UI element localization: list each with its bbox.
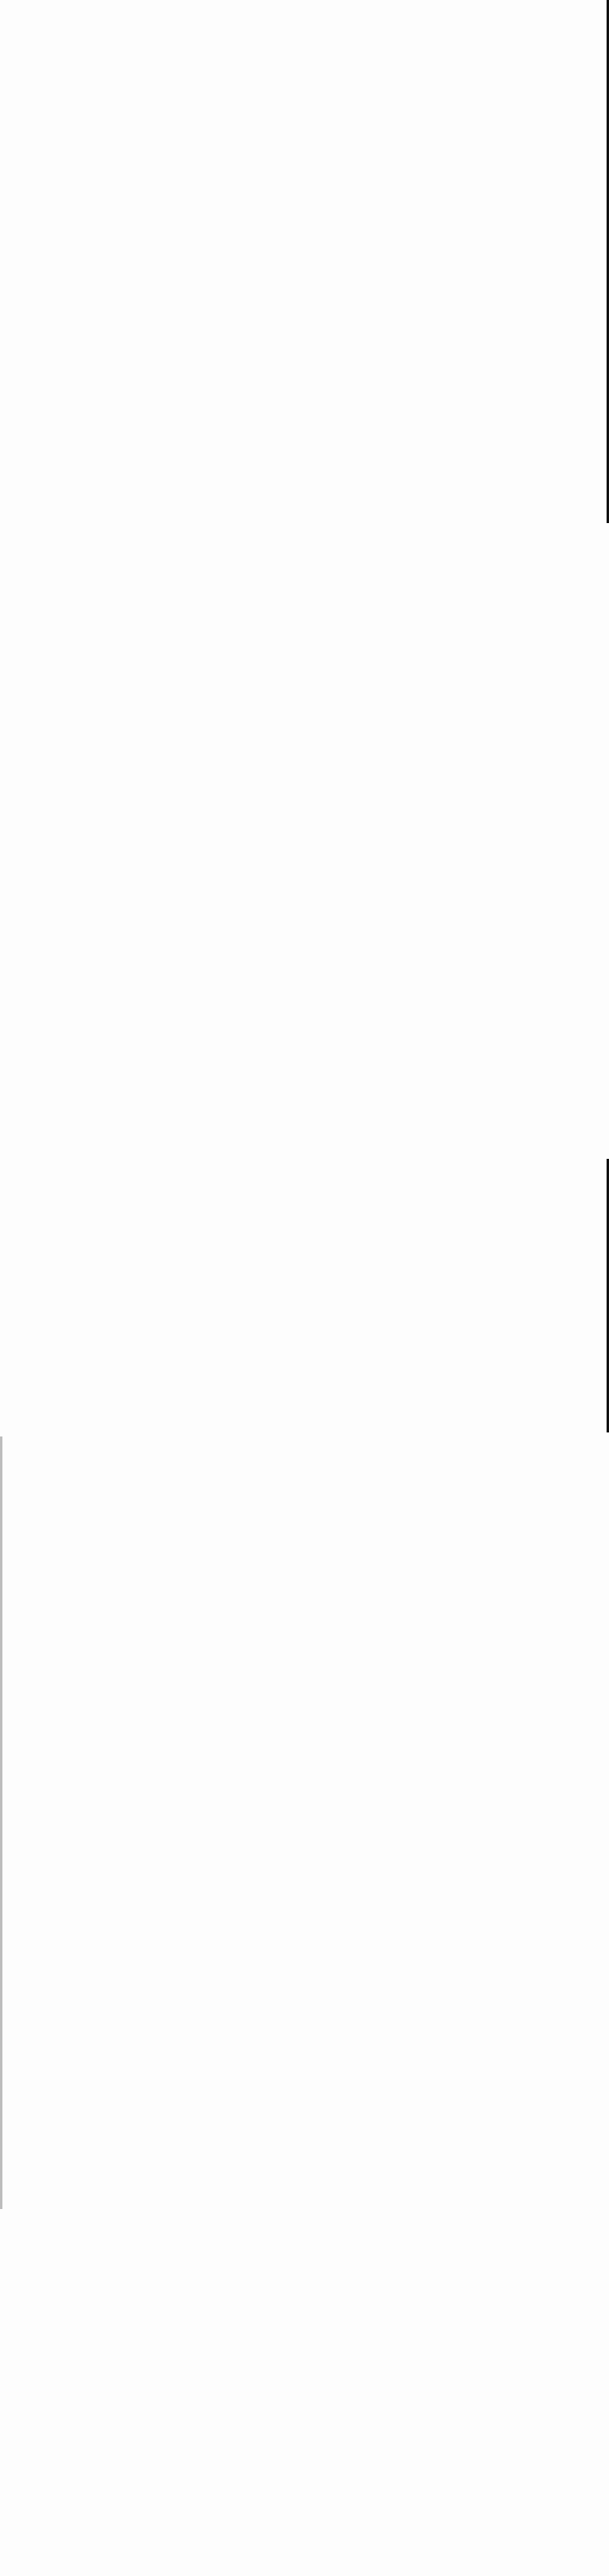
scanned-document-page (0, 0, 609, 2576)
scan-edge (0, 1436, 2, 2209)
